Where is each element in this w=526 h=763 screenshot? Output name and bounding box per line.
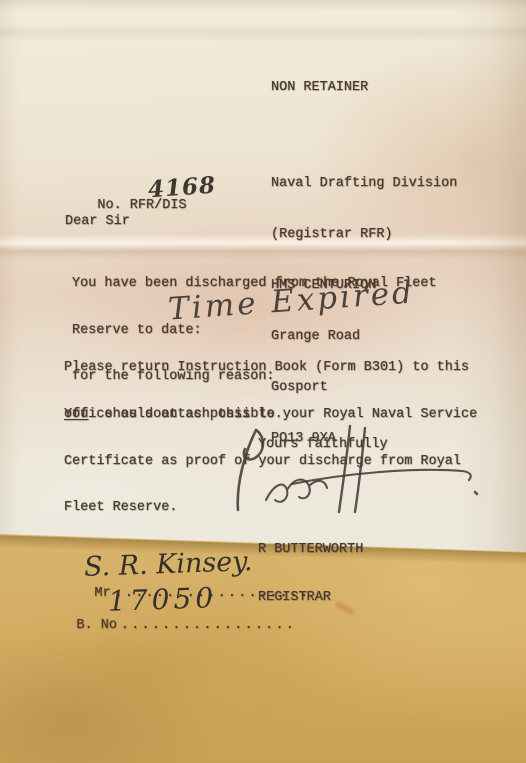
recipient-name-handwritten: S. R. Kinsey.	[84, 546, 253, 583]
dotted-line: .................	[121, 618, 296, 633]
salutation: Dear Sir	[65, 214, 130, 230]
book-number-handwritten: 17050	[107, 581, 217, 618]
address-line: Naval Drafting Division	[271, 175, 457, 192]
letterhead-tag: NON RETAINER	[271, 80, 457, 96]
reference-number-handwritten: 4168	[147, 172, 217, 204]
letter-photograph: NON RETAINER Naval Drafting Division (Re…	[0, 0, 526, 763]
body-line: Please return Instruction Book (Form B30…	[64, 360, 469, 376]
signatory-name: R BUTTERWORTH	[258, 542, 363, 558]
underlined-word: You	[64, 407, 88, 422]
address-line: (Registrar RFR)	[271, 226, 457, 243]
book-number-label: B. No	[76, 618, 117, 633]
